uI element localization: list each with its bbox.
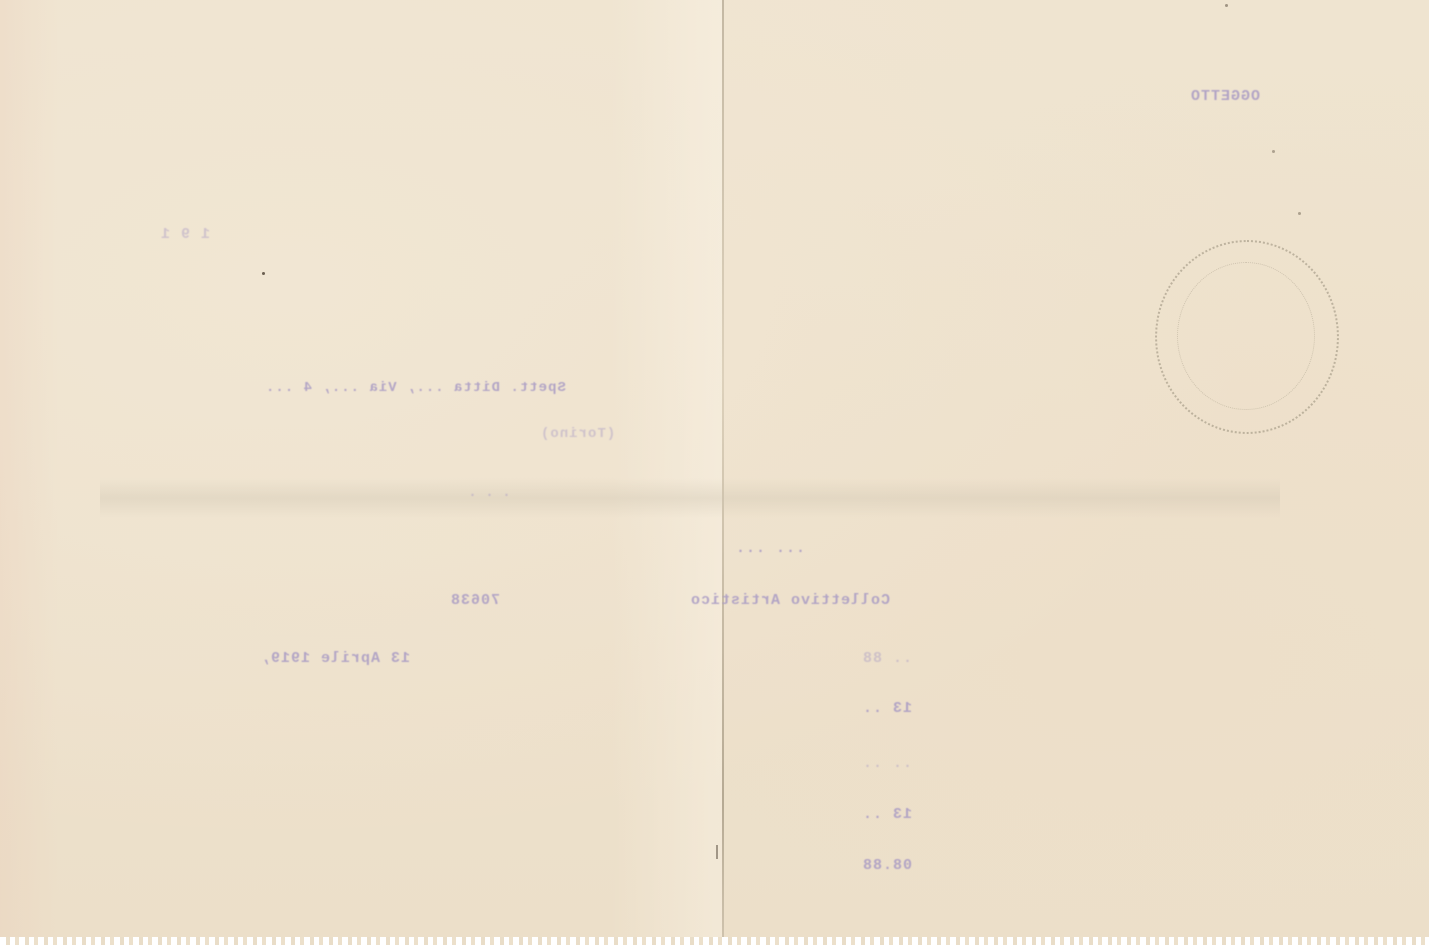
item-2: 13 .. — [862, 700, 912, 717]
company-code: 70638 — [450, 592, 500, 609]
fold-shadow — [610, 0, 722, 945]
item-3: .. .. — [862, 755, 912, 772]
horizontal-fold-crease — [100, 478, 1280, 518]
paper-speck — [262, 272, 265, 275]
item-1: .. 88 — [862, 650, 912, 667]
addressee-line-1: Spett. Ditta ..., Via ..., 4 ... — [265, 380, 566, 396]
reference-text: 1 9 1 — [160, 226, 210, 243]
paper-speck — [1225, 4, 1228, 7]
company-line: Collettivo Artistico — [690, 592, 890, 609]
salutation-line: ... ... — [735, 540, 805, 557]
addressee-line-2: (Torino) — [540, 426, 615, 442]
paper-speck — [1272, 150, 1275, 153]
paper-mark — [716, 845, 718, 859]
date-line: 13 Aprile 1919, — [260, 650, 410, 667]
torn-bottom-edge — [0, 937, 1429, 945]
item-5: 08.88 — [862, 857, 912, 874]
document-page: OGGETTO 1 9 1 Spett. Ditta ..., Via ...,… — [0, 0, 1429, 945]
stamp-inner-ring — [1177, 262, 1315, 410]
round-stamp-impression — [1155, 240, 1339, 434]
header-right-text: OGGETTO — [1190, 88, 1260, 105]
paper-speck — [1298, 212, 1301, 215]
subject-line: ... — [460, 484, 511, 501]
item-4: 13 .. — [862, 806, 912, 823]
vertical-fold-crease — [722, 0, 724, 945]
